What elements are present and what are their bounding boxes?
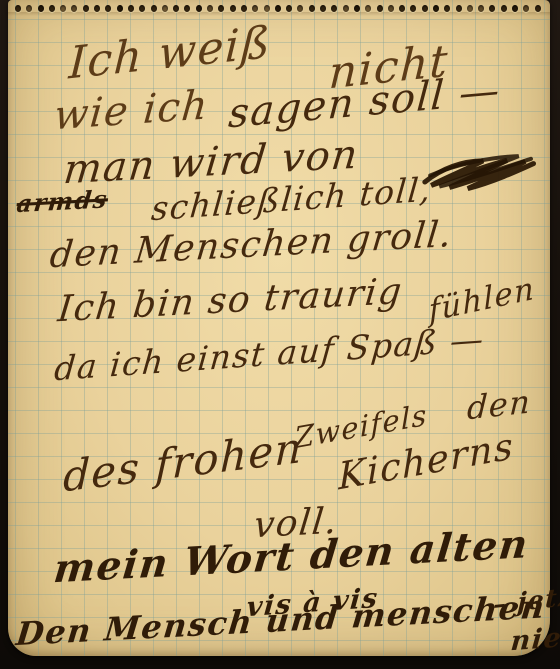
handwriting-line: da ich einst auf Spaß — — [53, 322, 486, 385]
handwriting-line: des frohen — [63, 427, 304, 499]
handwriting-line: Ich weiß — [68, 21, 273, 87]
handwriting-line: Ich bin so traurig — [56, 274, 404, 328]
handwriting-line: nieder — [510, 621, 560, 656]
scanned-manuscript: Ich weißnichtwie ichsagen soll —man wird… — [0, 0, 560, 669]
handwriting-line: den Menschen groll. — [48, 217, 454, 274]
handwriting-line: sagen soll — — [227, 70, 502, 134]
handwriting-line: den — [466, 385, 532, 424]
handwriting-layer: Ich weißnichtwie ichsagen soll —man wird… — [8, 0, 550, 656]
handwriting-line: wie ich — [52, 85, 210, 136]
handwriting-line: mein Wort den alten — [52, 525, 531, 589]
handwriting-line: armds — [15, 187, 109, 216]
notebook-page: Ich weißnichtwie ichsagen soll —man wird… — [8, 0, 550, 656]
